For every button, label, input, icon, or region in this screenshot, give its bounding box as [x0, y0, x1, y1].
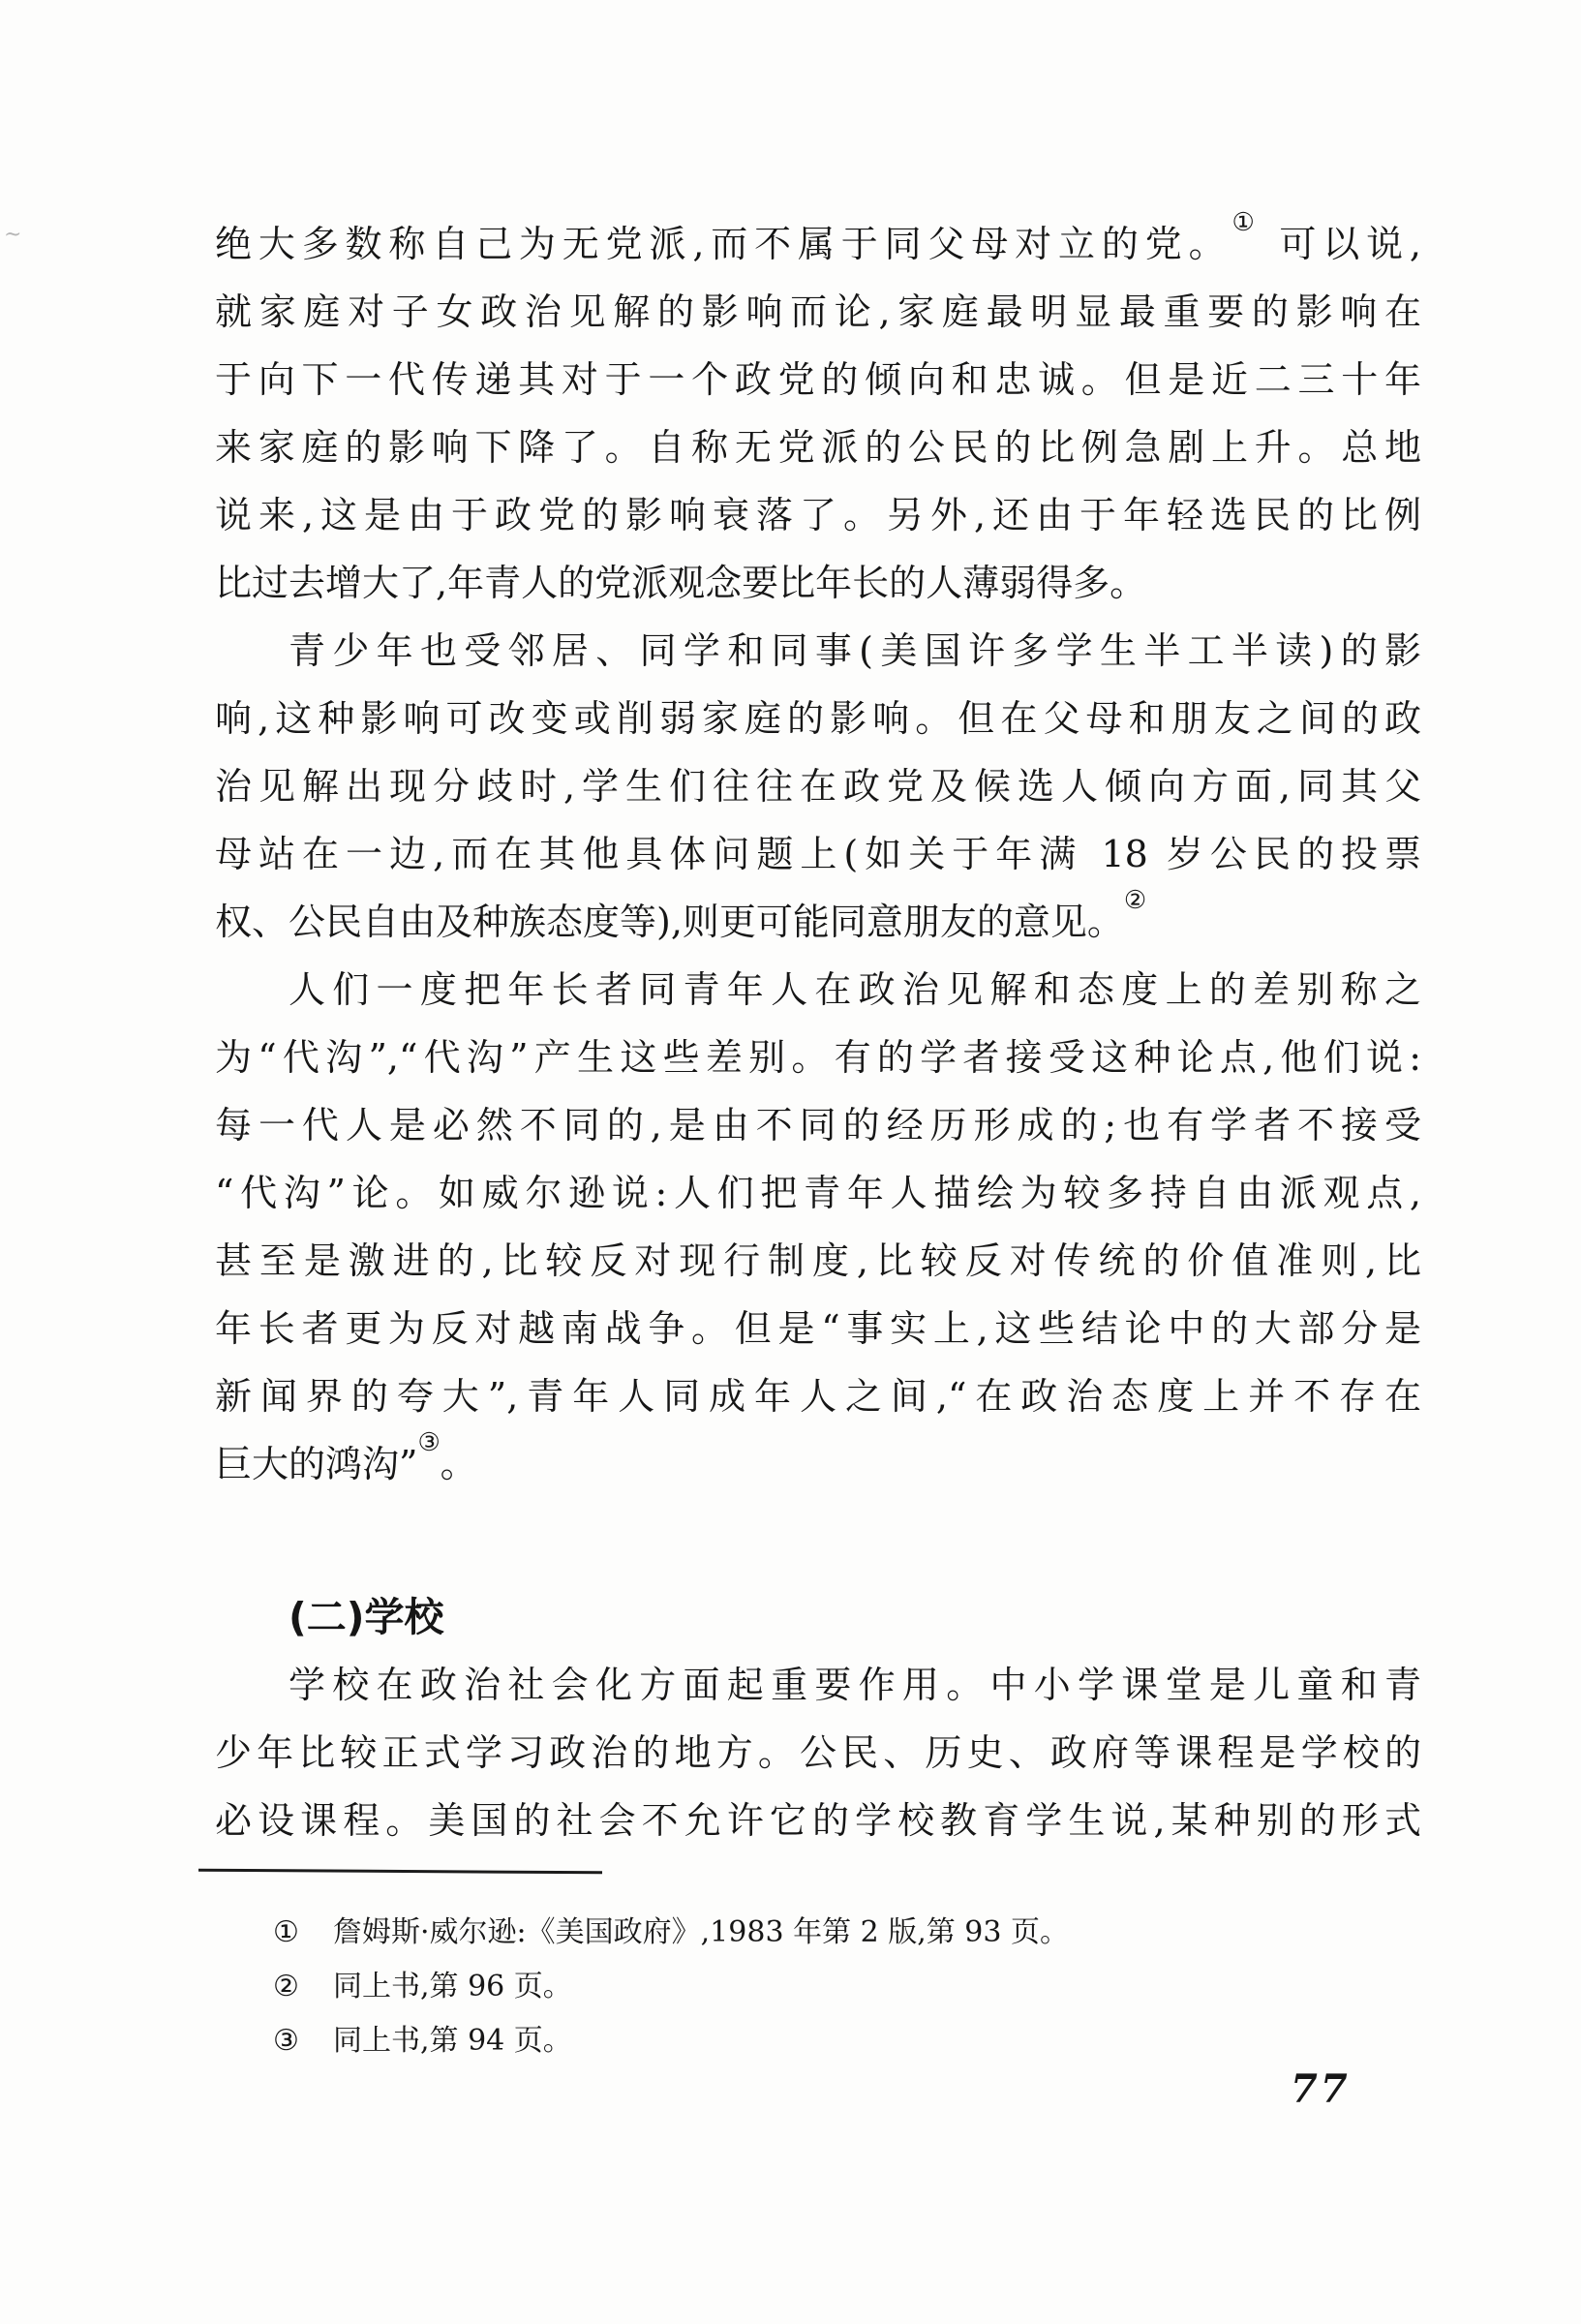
footnote-ref-1: ①	[1231, 208, 1261, 237]
text-line: 治见解出现分歧时,学生们往往在政党及候选人倾向方面,同其父	[215, 752, 1421, 820]
text-line: 甚至是激进的,比较反对现行制度,比较反对传统的价值准则,比	[215, 1227, 1421, 1295]
page-number: 77	[1291, 2066, 1351, 2112]
footnote-text: 同上书,第 94 页。	[333, 2014, 572, 2068]
text-line: 权、公民自由及种族态度等),则更可能同意朋友的意见。②	[215, 888, 1421, 956]
text-line: 母站在一边,而在其他具体问题上(如关于年满 18 岁公民的投票	[215, 820, 1421, 888]
footnote-separator	[198, 1869, 602, 1875]
text-line: 来家庭的影响下降了。自称无党派的公民的比例急剧上升。总地	[215, 413, 1421, 481]
text-line: 青少年也受邻居、同学和同事(美国许多学生半工半读)的影	[215, 617, 1421, 685]
text-line: 比过去增大了,年青人的党派观念要比年长的人薄弱得多。	[215, 549, 1421, 617]
section-heading: (二)学校	[215, 1583, 1421, 1651]
footnote-marker: ①	[273, 1906, 333, 1960]
footnote-ref-3: ③	[417, 1428, 440, 1457]
text-line: 说来,这是由于政党的影响衰落了。另外,还由于年轻选民的比例	[215, 481, 1421, 549]
text-line: 就家庭对子女政治见解的影响而论,家庭最明显最重要的影响在	[215, 278, 1421, 346]
scanned-book-page: ~ 绝大多数称自己为无党派,而不属于同父母对立的党。① 可以说, 就家庭对子女政…	[0, 0, 1581, 2324]
footnote-item: ③ 同上书,第 94 页。	[273, 2014, 1357, 2068]
text-line: 新闻界的夸大”,青年人同成年人之间,“在政治态度上并不存在	[215, 1362, 1421, 1430]
text-line: 年长者更为反对越南战争。但是“事实上,这些结论中的大部分是	[215, 1295, 1421, 1362]
main-text-block: 绝大多数称自己为无党派,而不属于同父母对立的党。① 可以说, 就家庭对子女政治见…	[215, 210, 1421, 1854]
text-line: 于向下一代传递其对于一个政党的倾向和忠诚。但是近二三十年	[215, 346, 1421, 413]
scan-edge-artifact: ~	[4, 223, 21, 247]
footnotes-block: ① 詹姆斯·威尔逊:《美国政府》,1983 年第 2 版,第 93 页。 ② 同…	[273, 1906, 1357, 2068]
text-line: “代沟”论。如威尔逊说:人们把青年人描绘为较多持自由派观点,	[215, 1159, 1421, 1227]
text-line: 巨大的鸿沟”③。	[215, 1430, 1421, 1498]
text-line: 响,这种影响可改变或削弱家庭的影响。但在父母和朋友之间的政	[215, 685, 1421, 752]
footnote-item: ② 同上书,第 96 页。	[273, 1960, 1357, 2014]
footnote-marker: ③	[273, 2014, 333, 2068]
text-line: 为“代沟”,“代沟”产生这些差别。有的学者接受这种论点,他们说:	[215, 1024, 1421, 1091]
footnote-text: 詹姆斯·威尔逊:《美国政府》,1983 年第 2 版,第 93 页。	[333, 1906, 1069, 1960]
footnote-ref-2: ②	[1124, 886, 1146, 915]
text-line: 绝大多数称自己为无党派,而不属于同父母对立的党。① 可以说,	[215, 210, 1421, 278]
text-line: 少年比较正式学习政治的地方。公民、历史、政府等课程是学校的	[215, 1719, 1421, 1787]
text-line: 每一代人是必然不同的,是由不同的经历形成的;也有学者不接受	[215, 1091, 1421, 1159]
text-line: 学校在政治社会化方面起重要作用。中小学课堂是儿童和青	[215, 1651, 1421, 1719]
text-line: 必设课程。美国的社会不允许它的学校教育学生说,某种别的形式	[215, 1787, 1421, 1854]
footnote-item: ① 詹姆斯·威尔逊:《美国政府》,1983 年第 2 版,第 93 页。	[273, 1906, 1357, 1960]
footnote-text: 同上书,第 96 页。	[333, 1960, 572, 2014]
footnote-marker: ②	[273, 1960, 333, 2014]
text-line: 人们一度把年长者同青年人在政治见解和态度上的差别称之	[215, 956, 1421, 1024]
